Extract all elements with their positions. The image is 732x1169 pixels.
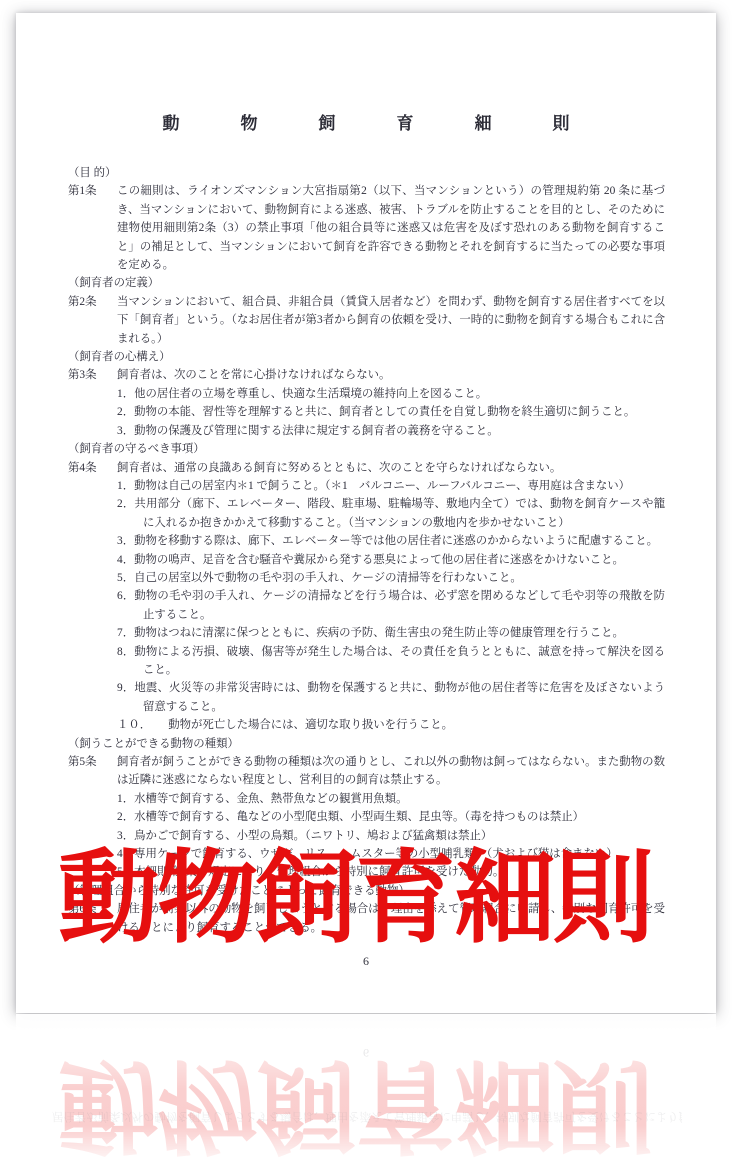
article-list-item: 9．地震、火災等の非常災害時には、動物を保護すると共に、動物が他の居住者等に危害… bbox=[117, 679, 665, 716]
article-label: 第4条 bbox=[68, 459, 96, 477]
section-heading: （飼育者の定義） bbox=[68, 274, 665, 292]
article-list-item: 2．水槽等で飼育する、亀などの小型爬虫類、小型両生類、昆虫等。（毒を持つものは禁… bbox=[117, 808, 665, 826]
article: 第2条当マンションにおいて、組合員、非組合員（賃貸入居者など）を問わず、動物を飼… bbox=[68, 293, 665, 348]
red-watermark-text: 動物飼育細則 bbox=[58, 848, 718, 950]
article: 第4条飼育者は、通常の良識ある飼育に努めるとともに、次のことを守らなければならな… bbox=[68, 459, 665, 477]
article: 第5条飼育者が飼うことができる動物の種類は次の通りとし、これ以外の動物は飼っては… bbox=[68, 753, 665, 790]
article-list-item: 8．動物による汚損、破壊、傷害等が発生した場合は、その責任を負うとともに、誠意を… bbox=[117, 643, 665, 680]
article-label: 第1条 bbox=[68, 182, 96, 200]
article-list-item: 2．動物の本能、習性等を理解すると共に、飼育者としての責任を自覚し動物を終生適切… bbox=[117, 403, 665, 421]
section-heading: （飼育者の守るべき事項） bbox=[68, 440, 665, 458]
article-list-item: 7．動物はつねに清潔に保つとともに、疾病の予防、衛生害虫の発生防止等の健康管理を… bbox=[117, 624, 665, 642]
article-list-item: 1．他の居住者の立場を尊重し、快適な生活環境の維持向上を図ること。 bbox=[117, 385, 665, 403]
document-page: 動 物 飼 育 細 則 （目 的）第1条この細則は、ライオンズマンション大宮指扇… bbox=[16, 13, 716, 1013]
article-text: 当マンションにおいて、組合員、非組合員（賃貸入居者など）を問わず、動物を飼育する… bbox=[117, 296, 665, 345]
article-list-item: 3．動物の保護及び管理に関する法律に規定する飼育者の義務を守ること。 bbox=[117, 422, 665, 440]
red-watermark-reflection: 動物飼育細則 bbox=[58, 1053, 716, 1155]
reflected-text-line: 居住者が前条以外の動物を飼育しようとする場合は、理由を添えて管理組合に申請し、特… bbox=[52, 1109, 682, 1125]
page-number-reflection: 6 bbox=[16, 1045, 716, 1060]
article-label: 第3条 bbox=[68, 366, 96, 384]
section-heading: （目 的） bbox=[68, 164, 665, 182]
article: 第3条飼育者は、次のことを常に心掛けなければならない。 bbox=[68, 366, 665, 384]
page-title: 動 物 飼 育 細 則 bbox=[16, 109, 716, 134]
article-list-item: 5．自己の居室以外で動物の毛や羽の手入れ、ケージの清掃等を行わないこと。 bbox=[117, 569, 665, 587]
page-reflection: 動物飼育細則 居住者が前条以外の動物を飼育しようとする場合は、理由を添えて管理組… bbox=[16, 1014, 716, 1169]
article-list-item: 6．動物の毛や羽の手入れ、ケージの清掃などを行う場合は、必ず窓を閉めるなどして毛… bbox=[117, 587, 665, 624]
article-label: 第5条 bbox=[68, 753, 96, 771]
page-reflection-flipped-content: 動物飼育細則 居住者が前条以外の動物を飼育しようとする場合は、理由を添えて管理組… bbox=[16, 1014, 716, 1169]
page-number: 6 bbox=[16, 954, 716, 969]
article-list-item: １０． 動物が死亡した場合には、適切な取り扱いを行うこと。 bbox=[117, 716, 665, 734]
article-list-item: 3．動物を移動する際は、廊下、エレベーター等では他の居住者に迷惑のかからないよう… bbox=[117, 532, 665, 550]
reflection-fade-overlay bbox=[16, 1014, 716, 1169]
article: 第1条この細則は、ライオンズマンション大宮指扇第2（以下、当マンションという）の… bbox=[68, 182, 665, 274]
article-list-item: 4．動物の鳴声、足音を含む騒音や糞尿から発する悪臭によって他の居住者に迷惑をかけ… bbox=[117, 551, 665, 569]
doc-body: （目 的）第1条この細則は、ライオンズマンション大宮指扇第2（以下、当マンション… bbox=[68, 164, 665, 937]
article-list-item: 2．共用部分（廊下、エレベーター、階段、駐車場、駐輪場等、敷地内全て）では、動物… bbox=[117, 495, 665, 532]
article-list-item: 1．水槽等で飼育する、金魚、熱帯魚などの観賞用魚類。 bbox=[117, 790, 665, 808]
article-text: 飼育者は、通常の良識ある飼育に努めるとともに、次のことを守らなければならない。 bbox=[117, 462, 561, 474]
section-heading: （飼育者の心構え） bbox=[68, 348, 665, 366]
article-text: 飼育者は、次のことを常に心掛けなければならない。 bbox=[117, 369, 390, 381]
section-heading: （飼うことができる動物の種類） bbox=[68, 735, 665, 753]
article-text: 飼育者が飼うことができる動物の種類は次の通りとし、これ以外の動物は飼ってはならな… bbox=[117, 756, 665, 786]
article-text: この細則は、ライオンズマンション大宮指扇第2（以下、当マンションという）の管理規… bbox=[117, 185, 665, 271]
article-label: 第2条 bbox=[68, 293, 96, 311]
article-list-item: 1．動物は自己の居室内＊1 で飼うこと。（＊1 バルコニー、ルーフバルコニー、専… bbox=[117, 477, 665, 495]
